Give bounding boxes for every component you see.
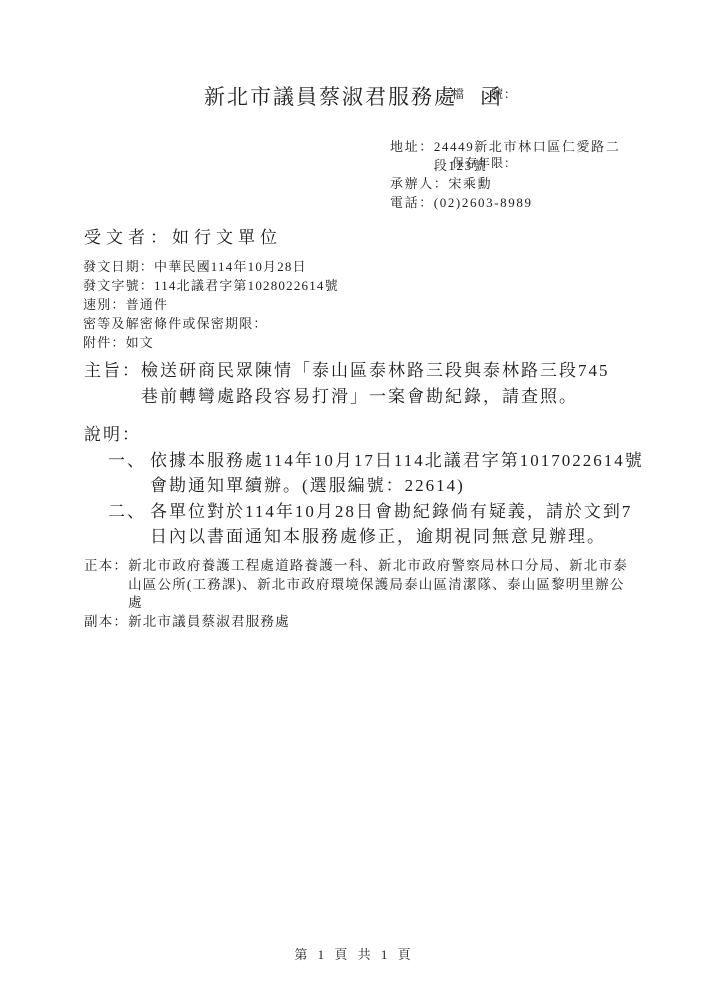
address-value: 24449新北市林口區仁愛路二 段123號: [434, 138, 621, 175]
original-recipients-row: 正本： 新北市政府養護工程處道路養護一科、新北市政府警察局林口分局、新北市泰 山…: [84, 557, 628, 613]
subject-section: 主旨： 檢送研商民眾陳情「泰山區泰林路三段與泰林路三段745 巷前轉彎處路段容易…: [84, 358, 610, 409]
issue-date: 發文日期：中華民國114年10月28日: [83, 257, 339, 276]
official-letter-page: 檔 號： 保存年限： 新北市議員蔡淑君服務處 函 地址： 24449新北市林口區…: [0, 0, 707, 1000]
explanation-section: 說明： 一、 依據本服務處114年10月17日114北議君字第101702261…: [84, 422, 644, 550]
item-2-text: 各單位對於114年10月28日會勘紀錄倘有疑義，請於文到7 日內以書面通知本服務…: [150, 499, 632, 550]
carbon-copy-text: 新北市議員蔡淑君服務處: [128, 613, 290, 632]
item-1-text: 依據本服務處114年10月17日114北議君字第1017022614號 會勘通知…: [150, 448, 644, 499]
original-recipients-line-3: 處: [128, 594, 628, 613]
original-recipients-text: 新北市政府養護工程處道路養護一科、新北市政府警察局林口分局、新北市泰 山區公所(…: [128, 557, 628, 613]
item-2-number: 二、: [108, 499, 146, 550]
item-1-number: 一、: [108, 448, 146, 499]
item-1-line-1: 依據本服務處114年10月17日114北議君字第1017022614號: [150, 448, 644, 474]
subject-text-line-1: 檢送研商民眾陳情「泰山區泰林路三段與泰林路三段745: [141, 358, 610, 384]
item-2-line-1: 各單位對於114年10月28日會勘紀錄倘有疑義，請於文到7: [150, 499, 632, 525]
item-2-line-2: 日內以書面通知本服務處修正，逾期視同無意見辦理。: [150, 524, 632, 550]
priority-level: 速別：普通件: [83, 295, 339, 314]
contact-person: 承辦人：宋乘勳: [390, 175, 620, 194]
issuance-meta-block: 發文日期：中華民國114年10月28日 發文字號：114北議君字第1028022…: [83, 257, 339, 352]
carbon-copy-row: 副本： 新北市議員蔡淑君服務處: [84, 613, 628, 632]
distribution-section: 正本： 新北市政府養護工程處道路養護一科、新北市政府警察局林口分局、新北市泰 山…: [84, 557, 628, 631]
address-line-1: 24449新北市林口區仁愛路二: [434, 138, 621, 157]
address-line-2: 段123號: [434, 157, 621, 176]
sender-address: 地址： 24449新北市林口區仁愛路二 段123號: [390, 138, 620, 175]
item-1-line-2: 會勘通知單續辦。(選服編號：22614): [150, 473, 644, 499]
subject-text-line-2: 巷前轉彎處路段容易打滑」一案會勘紀錄，請查照。: [141, 384, 610, 410]
explanation-item-2: 二、 各單位對於114年10月28日會勘紀錄倘有疑義，請於文到7 日內以書面通知…: [108, 499, 644, 550]
subject-label: 主旨：: [84, 358, 141, 409]
carbon-copy-label: 副本：: [84, 613, 128, 632]
explanation-item-1: 一、 依據本服務處114年10月17日114北議君字第1017022614號 會…: [108, 448, 644, 499]
security-classification: 密等及解密條件或保密期限：: [83, 314, 339, 333]
explanation-label: 說明：: [84, 422, 644, 448]
phone-number: 電話：(02)2603-8989: [390, 194, 620, 213]
original-recipients-line-1: 新北市政府養護工程處道路養護一科、新北市政府警察局林口分局、新北市泰: [128, 557, 628, 576]
subject-text: 檢送研商民眾陳情「泰山區泰林路三段與泰林路三段745 巷前轉彎處路段容易打滑」一…: [141, 358, 610, 409]
attachment-note: 附件：如文: [83, 333, 339, 352]
address-label: 地址：: [390, 138, 434, 175]
document-title: 新北市議員蔡淑君服務處 函: [0, 81, 707, 111]
issue-number: 發文字號：114北議君字第1028022614號: [83, 276, 339, 295]
recipient-line: 受文者：如行文單位: [84, 223, 282, 248]
page-number-indicator: 第 1 頁 共 1 頁: [0, 944, 707, 963]
original-copy-label: 正本：: [84, 557, 128, 613]
sender-info-block: 地址： 24449新北市林口區仁愛路二 段123號 承辦人：宋乘勳 電話：(02…: [390, 138, 620, 213]
original-recipients-line-2: 山區公所(工務課)、新北市政府環境保護局泰山區清潔隊、泰山區黎明里辦公: [128, 576, 628, 595]
